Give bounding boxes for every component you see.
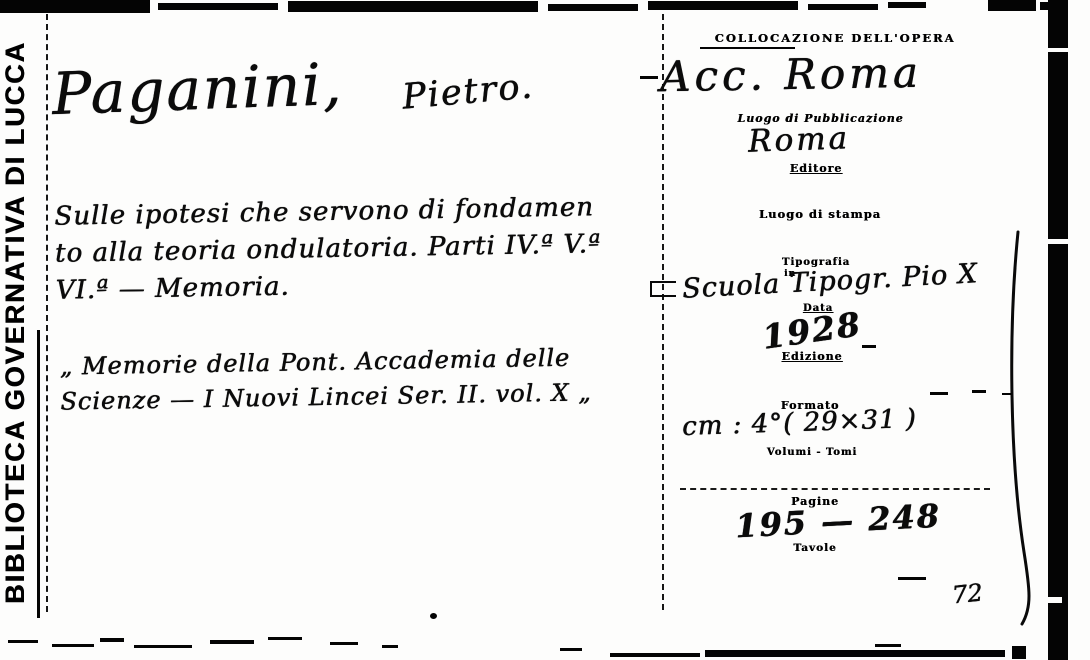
library-stamp: BIBLIOTECA GOVERNATIVA DI LUCCA — [0, 30, 38, 615]
author-firstname: Pietro. — [401, 66, 536, 117]
pagine-value: 195 — 248 — [734, 497, 942, 546]
luogo-pubblicazione-value: Roma — [747, 120, 850, 160]
corner-note: 72 — [951, 578, 984, 609]
edizione-label: Edizione — [776, 350, 848, 363]
source-paragraph: „ Memorie della Pont. Accademia delle Sc… — [59, 340, 591, 419]
editore-label: Editore — [770, 162, 862, 175]
left-margin-rule — [46, 14, 48, 612]
formato-value: cm : 4°( 29×31 ) — [682, 404, 918, 442]
ditto-dash — [640, 76, 658, 79]
author-name: Paganini, — [51, 50, 344, 128]
page-curl-line — [1002, 222, 1046, 642]
stamp-underline — [37, 330, 40, 618]
title-paragraph: Sulle ipotesi che servono di fondamen to… — [54, 189, 602, 310]
volumi-tomi-label: Volumi - Tomi — [763, 447, 861, 458]
data-value: 1928 — [760, 304, 864, 357]
library-catalog-card: BIBLIOTECA GOVERNATIVA DI LUCCA Paganini… — [0, 0, 1090, 660]
column-divider — [662, 14, 664, 610]
pagine-separator — [680, 488, 990, 490]
luogo-stampa-label: Luogo di stampa — [744, 207, 896, 221]
tavole-label: Tavole — [786, 542, 844, 554]
collocazione-value: Acc. Roma — [660, 48, 923, 102]
tipografia-value: Scuola Tipogr. Pio X — [681, 258, 978, 304]
collocazione-label: COLLOCAZIONE DELL'OPERA — [690, 31, 980, 45]
collocazione-underline — [700, 47, 795, 49]
ditto-bracket — [650, 281, 676, 297]
